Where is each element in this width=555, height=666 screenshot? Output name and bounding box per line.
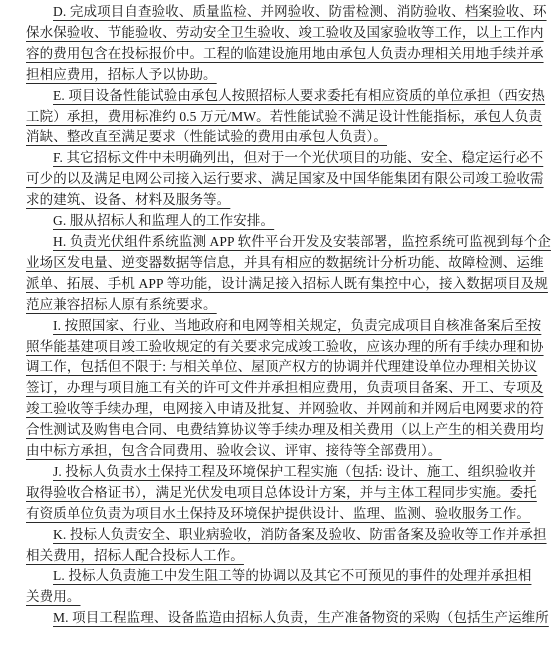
text-line: J. 投标人负责水土保持工程及环境保护工程实施（包括: 设计、施工、组织验收并 xyxy=(26,462,543,483)
paragraph-e: E. 项目设备性能试验由承包人按照招标人要求委托有相应资质的单位承担（西安热 工… xyxy=(26,86,543,149)
text-line: 调工作，包括但不限于: 与相关单位、屋顶产权方的协调并代理建设单位办理相关协议 xyxy=(26,357,543,378)
document-page: D. 完成项目自查验收、质量监检、并网验收、防雷检测、消防验收、档案验收、环 保… xyxy=(0,0,555,666)
text-line: 求的建筑、设备、材料及服务等。 xyxy=(26,190,543,211)
text-line: 容的费用包含在投标报价中。工程的临建设施用地由承包人负责办理相关用地手续并承 xyxy=(26,44,543,65)
paragraph-j: J. 投标人负责水土保持工程及环境保护工程实施（包括: 设计、施工、组织验收并 … xyxy=(26,462,543,525)
text-line: 签订，办理与项目施工有关的许可文件并承担相应费用，负责项目备案、开工、专项及 xyxy=(26,378,543,399)
text-line: 工院）承担，费用标准约 0.5 万元/MW。若性能试验不满足设计性能指标，承包人… xyxy=(26,107,543,128)
text-line: 保水保验收、节能验收、劳动安全卫生验收、竣工验收及国家验收等工作，以上工作内 xyxy=(26,23,543,44)
paragraph-h: H. 负责光伏组件系统监测 APP 软件平台开发及安装部署，监控系统可监视到每个… xyxy=(26,232,543,316)
text-line: D. 完成项目自查验收、质量监检、并网验收、防雷检测、消防验收、档案验收、环 xyxy=(26,2,543,23)
text-line: K. 投标人负责安全、职业病验收，消防备案及验收、防雷备案及验收等工作并承担 xyxy=(26,525,543,546)
paragraph-k: K. 投标人负责安全、职业病验收，消防备案及验收、防雷备案及验收等工作并承担 相… xyxy=(26,525,543,567)
text-line: H. 负责光伏组件系统监测 APP 软件平台开发及安装部署，监控系统可监视到每个… xyxy=(26,232,543,253)
paragraph-l: L. 投标人负责施工中发生阻工等的协调以及其它不可预见的事件的处理并承担相 关费… xyxy=(26,566,543,608)
text-line: F. 其它招标文件中未明确列出，但对于一个光伏项目的功能、安全、稳定运行必不 xyxy=(26,148,543,169)
text-line: 可少的以及满足电网公司接入运行要求、满足国家及中国华能集团有限公司竣工验收需 xyxy=(26,169,543,190)
document-body: D. 完成项目自查验收、质量监检、并网验收、防雷检测、消防验收、档案验收、环 保… xyxy=(26,2,543,629)
text-line: I. 按照国家、行业、当地政府和电网等相关规定，负责完成项目自核准备案后至按 xyxy=(26,316,543,337)
text-line: 相关费用，招标人配合投标人工作。 xyxy=(26,546,543,567)
text-line: 担相应费用，招标人予以协助。 xyxy=(26,65,543,86)
text-line: 取得验收合格证书），满足光伏发电项目总体设计方案，并与主体工程同步实施。委托 xyxy=(26,483,543,504)
text-line: 业场区发电量、逆变器数据等信息，并具有相应的数据统计分析功能、故障检测、运维 xyxy=(26,253,543,274)
text-line: 由中标方承担，包含合同费用、验收会议、评审、接待等全部费用）。 xyxy=(26,441,543,462)
text-line: 竣工验收等手续办理，电网接入申请及批复、并网验收、并网前和并网后电网要求的符 xyxy=(26,399,543,420)
text-line: 照华能基建项目竣工验收规定的有关要求完成竣工验收，应该办理的所有手续办理和协 xyxy=(26,337,543,358)
paragraph-i: I. 按照国家、行业、当地政府和电网等相关规定，负责完成项目自核准备案后至按 照… xyxy=(26,316,543,462)
paragraph-g: G. 服从招标人和监理人的工作安排。 xyxy=(26,211,543,232)
text-line: 合性测试及购售电合同、电费结算协议等手续办理及相关费用（以上产生的相关费用均 xyxy=(26,420,543,441)
text-line: 范应兼容招标人原有系统要求。 xyxy=(26,295,543,316)
text-line: L. 投标人负责施工中发生阻工等的协调以及其它不可预见的事件的处理并承担相 xyxy=(26,566,543,587)
paragraph-d: D. 完成项目自查验收、质量监检、并网验收、防雷检测、消防验收、档案验收、环 保… xyxy=(26,2,543,86)
paragraph-m: M. 项目工程监理、设备监造由招标人负责，生产准备物资的采购（包括生产运维所 xyxy=(26,608,543,629)
text-line: E. 项目设备性能试验由承包人按照招标人要求委托有相应资质的单位承担（西安热 xyxy=(26,86,543,107)
text-line: M. 项目工程监理、设备监造由招标人负责，生产准备物资的采购（包括生产运维所 xyxy=(26,608,543,629)
paragraph-f: F. 其它招标文件中未明确列出，但对于一个光伏项目的功能、安全、稳定运行必不 可… xyxy=(26,148,543,211)
text-line: 派单、拓展、手机 APP 等功能，设计满足接入招标人既有集控中心，接入数据项目及… xyxy=(26,274,543,295)
text-line: G. 服从招标人和监理人的工作安排。 xyxy=(26,211,543,232)
text-line: 有资质单位负责为项目水土保持及环境保护提供设计、监理、监测、验收服务工作。 xyxy=(26,504,543,525)
text-line: 消缺、整改直至满足要求（性能试验的费用由承包人负责）。 xyxy=(26,127,543,148)
text-line: 关费用。 xyxy=(26,587,543,608)
